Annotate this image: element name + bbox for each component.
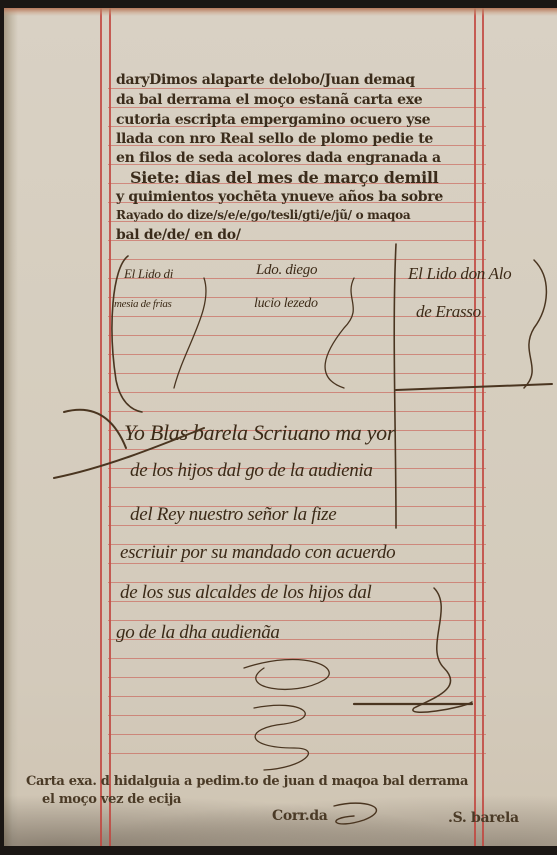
body-line: Rayado do dize/s/e/e/go/tesli/gti/e/jũ/ …: [116, 208, 410, 222]
body-line: da bal derrama el moço estanã carta exe: [116, 92, 422, 108]
corrected-mark: Corr.da: [272, 808, 328, 824]
signature-2-line1: Ldo. diego: [256, 262, 317, 279]
body-line: daryDimos alaparte delobo/Juan demaq: [116, 72, 415, 88]
cert-line: de los hijos dal go de la audienia: [130, 460, 373, 482]
cert-line: del Rey nuestro señor la fize: [130, 504, 336, 526]
scribe-signature: .S. barela: [448, 810, 519, 826]
footer-note-line1: Carta exa. d hidalguia a pedim.to de jua…: [26, 774, 468, 789]
cert-line: escriuir por su mandado con acuerdo: [120, 542, 395, 564]
body-line: llada con nro Real sello de plomo pedie …: [116, 131, 433, 147]
cert-line: Yo Blas barela Scriuano ma yor: [124, 420, 395, 446]
body-line: bal de/de/ en do/: [116, 227, 241, 243]
cert-line: go de la dha audienãa: [116, 622, 280, 644]
body-line: cutoria escripta empergamino ocuero yse: [116, 112, 430, 128]
cert-line: de los sus alcaldes de los hijos dal: [120, 582, 372, 604]
signature-1-line2: mesia de frias: [114, 298, 172, 310]
signature-3-line1: El Lido don Alo: [408, 264, 511, 284]
signature-3-line2: de Erasso: [416, 302, 481, 322]
margin-rule-left-outer: [100, 8, 102, 846]
signature-1-line1: El Lido di: [124, 266, 173, 282]
signature-2-line2: lucio lezedo: [254, 296, 318, 312]
manuscript-page: daryDimos alaparte delobo/Juan demaq da …: [4, 8, 557, 846]
body-line: Siete: dias del mes de março demill: [130, 168, 438, 187]
body-line: y quimientos yochēta ynueve años ba sobr…: [116, 189, 443, 205]
body-line: en filos de seda acolores dada engranada…: [116, 150, 441, 166]
footer-note-line2: el moço vez de ecija: [42, 792, 181, 807]
